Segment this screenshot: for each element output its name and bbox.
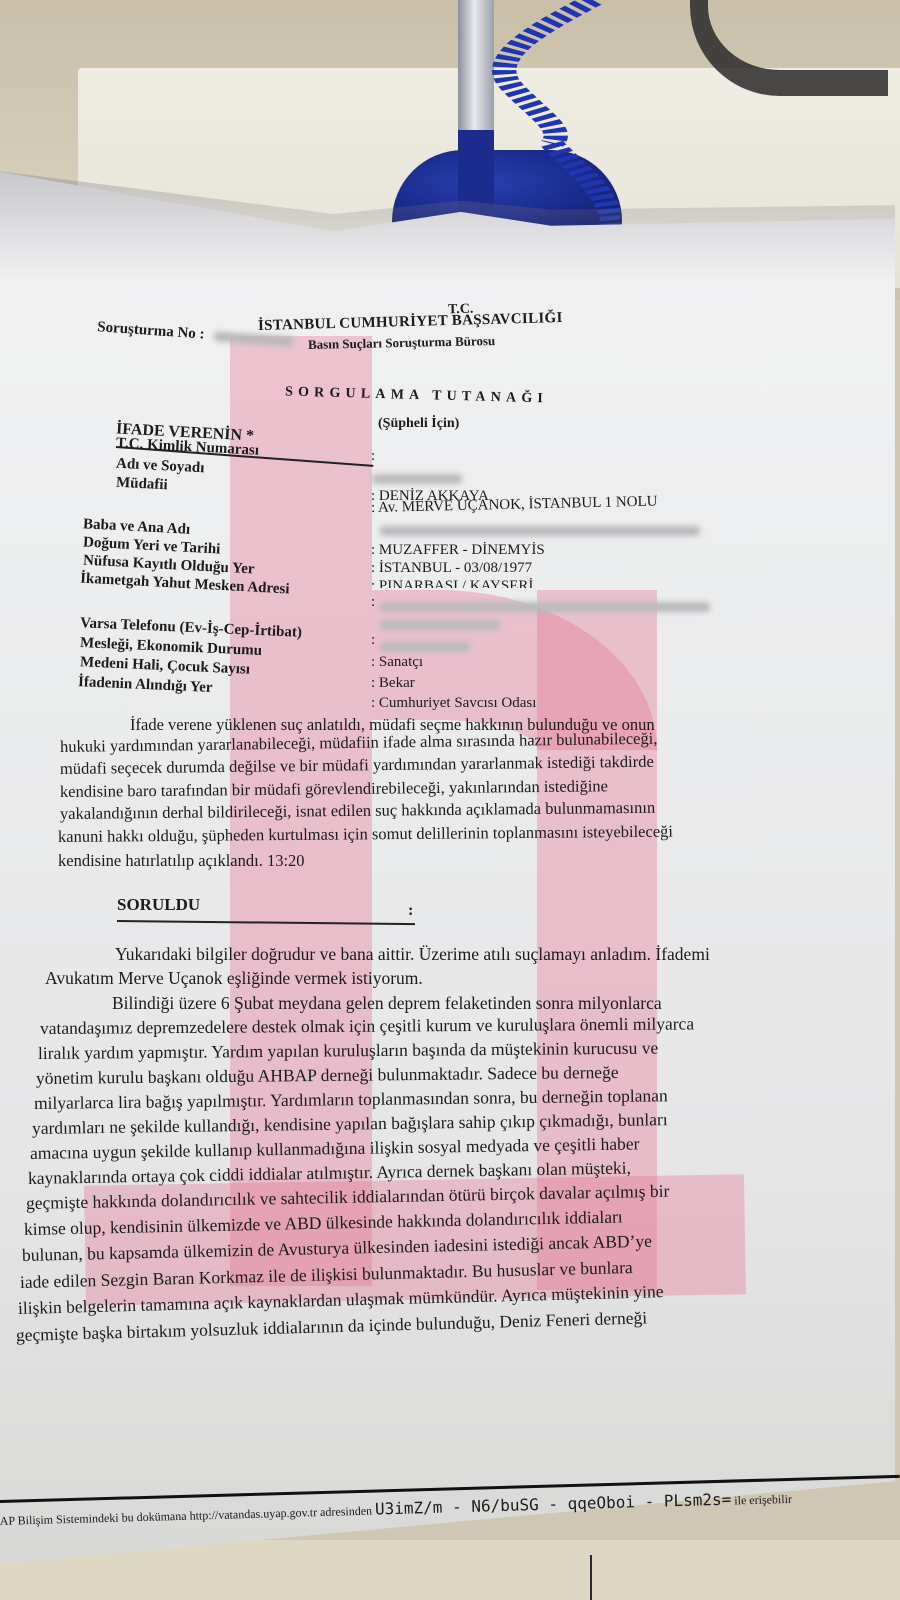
field-label-location: İfadenin Alındığı Yer (78, 674, 213, 697)
document-title: SORGULAMA TUTANAĞI (285, 385, 548, 408)
field-value-marital: : Bekar (371, 675, 415, 692)
footer-verification: AP Bilişim Sistemindeki bu dokümana http… (0, 1488, 792, 1529)
field-value-occupation: : Sanatçı (371, 654, 423, 671)
statement-line-1: Yukarıdaki bilgiler doğrudur ve bana ait… (115, 942, 710, 967)
redacted-defender-detail (380, 522, 700, 540)
document: T.C. İSTANBUL CUMHURİYET BAŞSAVCILIĞI Ba… (0, 0, 900, 1600)
statement-line-2: Avukatım Merve Uçanok eşliğinde vermek i… (45, 966, 423, 991)
field-value-registry: : PINARBAŞI / KAYSERİ (371, 578, 533, 588)
redacted-investigation-no (214, 331, 295, 347)
asked-underline (117, 920, 415, 925)
field-value-birth: : İSTANBUL - 03/08/1977 (371, 560, 532, 577)
asked-label: SORULDU (117, 895, 200, 915)
redacted-address (380, 598, 710, 616)
field-value-location: : Cumhuriyet Savcısı Odası (371, 695, 536, 712)
footer-suffix: ile erişebilir (734, 1492, 792, 1508)
redacted-address-line2 (380, 616, 500, 634)
field-value-tc-id: : (371, 448, 375, 465)
field-value-phone: : (371, 632, 375, 649)
redacted-tc-id (372, 470, 462, 488)
footer-prefix: AP Bilişim Sistemindeki bu dokümana http… (0, 1504, 372, 1528)
field-value-parents: : MUZAFFER - DİNEMYİS (371, 542, 545, 559)
header-office: İSTANBUL CUMHURİYET BAŞSAVCILIĞI (258, 310, 563, 335)
field-value-address: : (371, 594, 375, 611)
document-subtitle: (Şüpheli İçin) (378, 416, 459, 432)
field-label-name: Adı ve Soyadı (116, 456, 205, 478)
footer-verification-code: U3imZ/m - N6/buSG - qqeOboi - PLsm2s= (375, 1490, 732, 1519)
asked-colon: : (408, 902, 413, 920)
header-bureau: Basın Suçları Soruşturma Bürosu (308, 333, 496, 353)
rights-line-7: kendisine hatırlatılıp açıklandı. 13:20 (58, 850, 858, 873)
field-label-defender: Müdafii (116, 475, 169, 495)
